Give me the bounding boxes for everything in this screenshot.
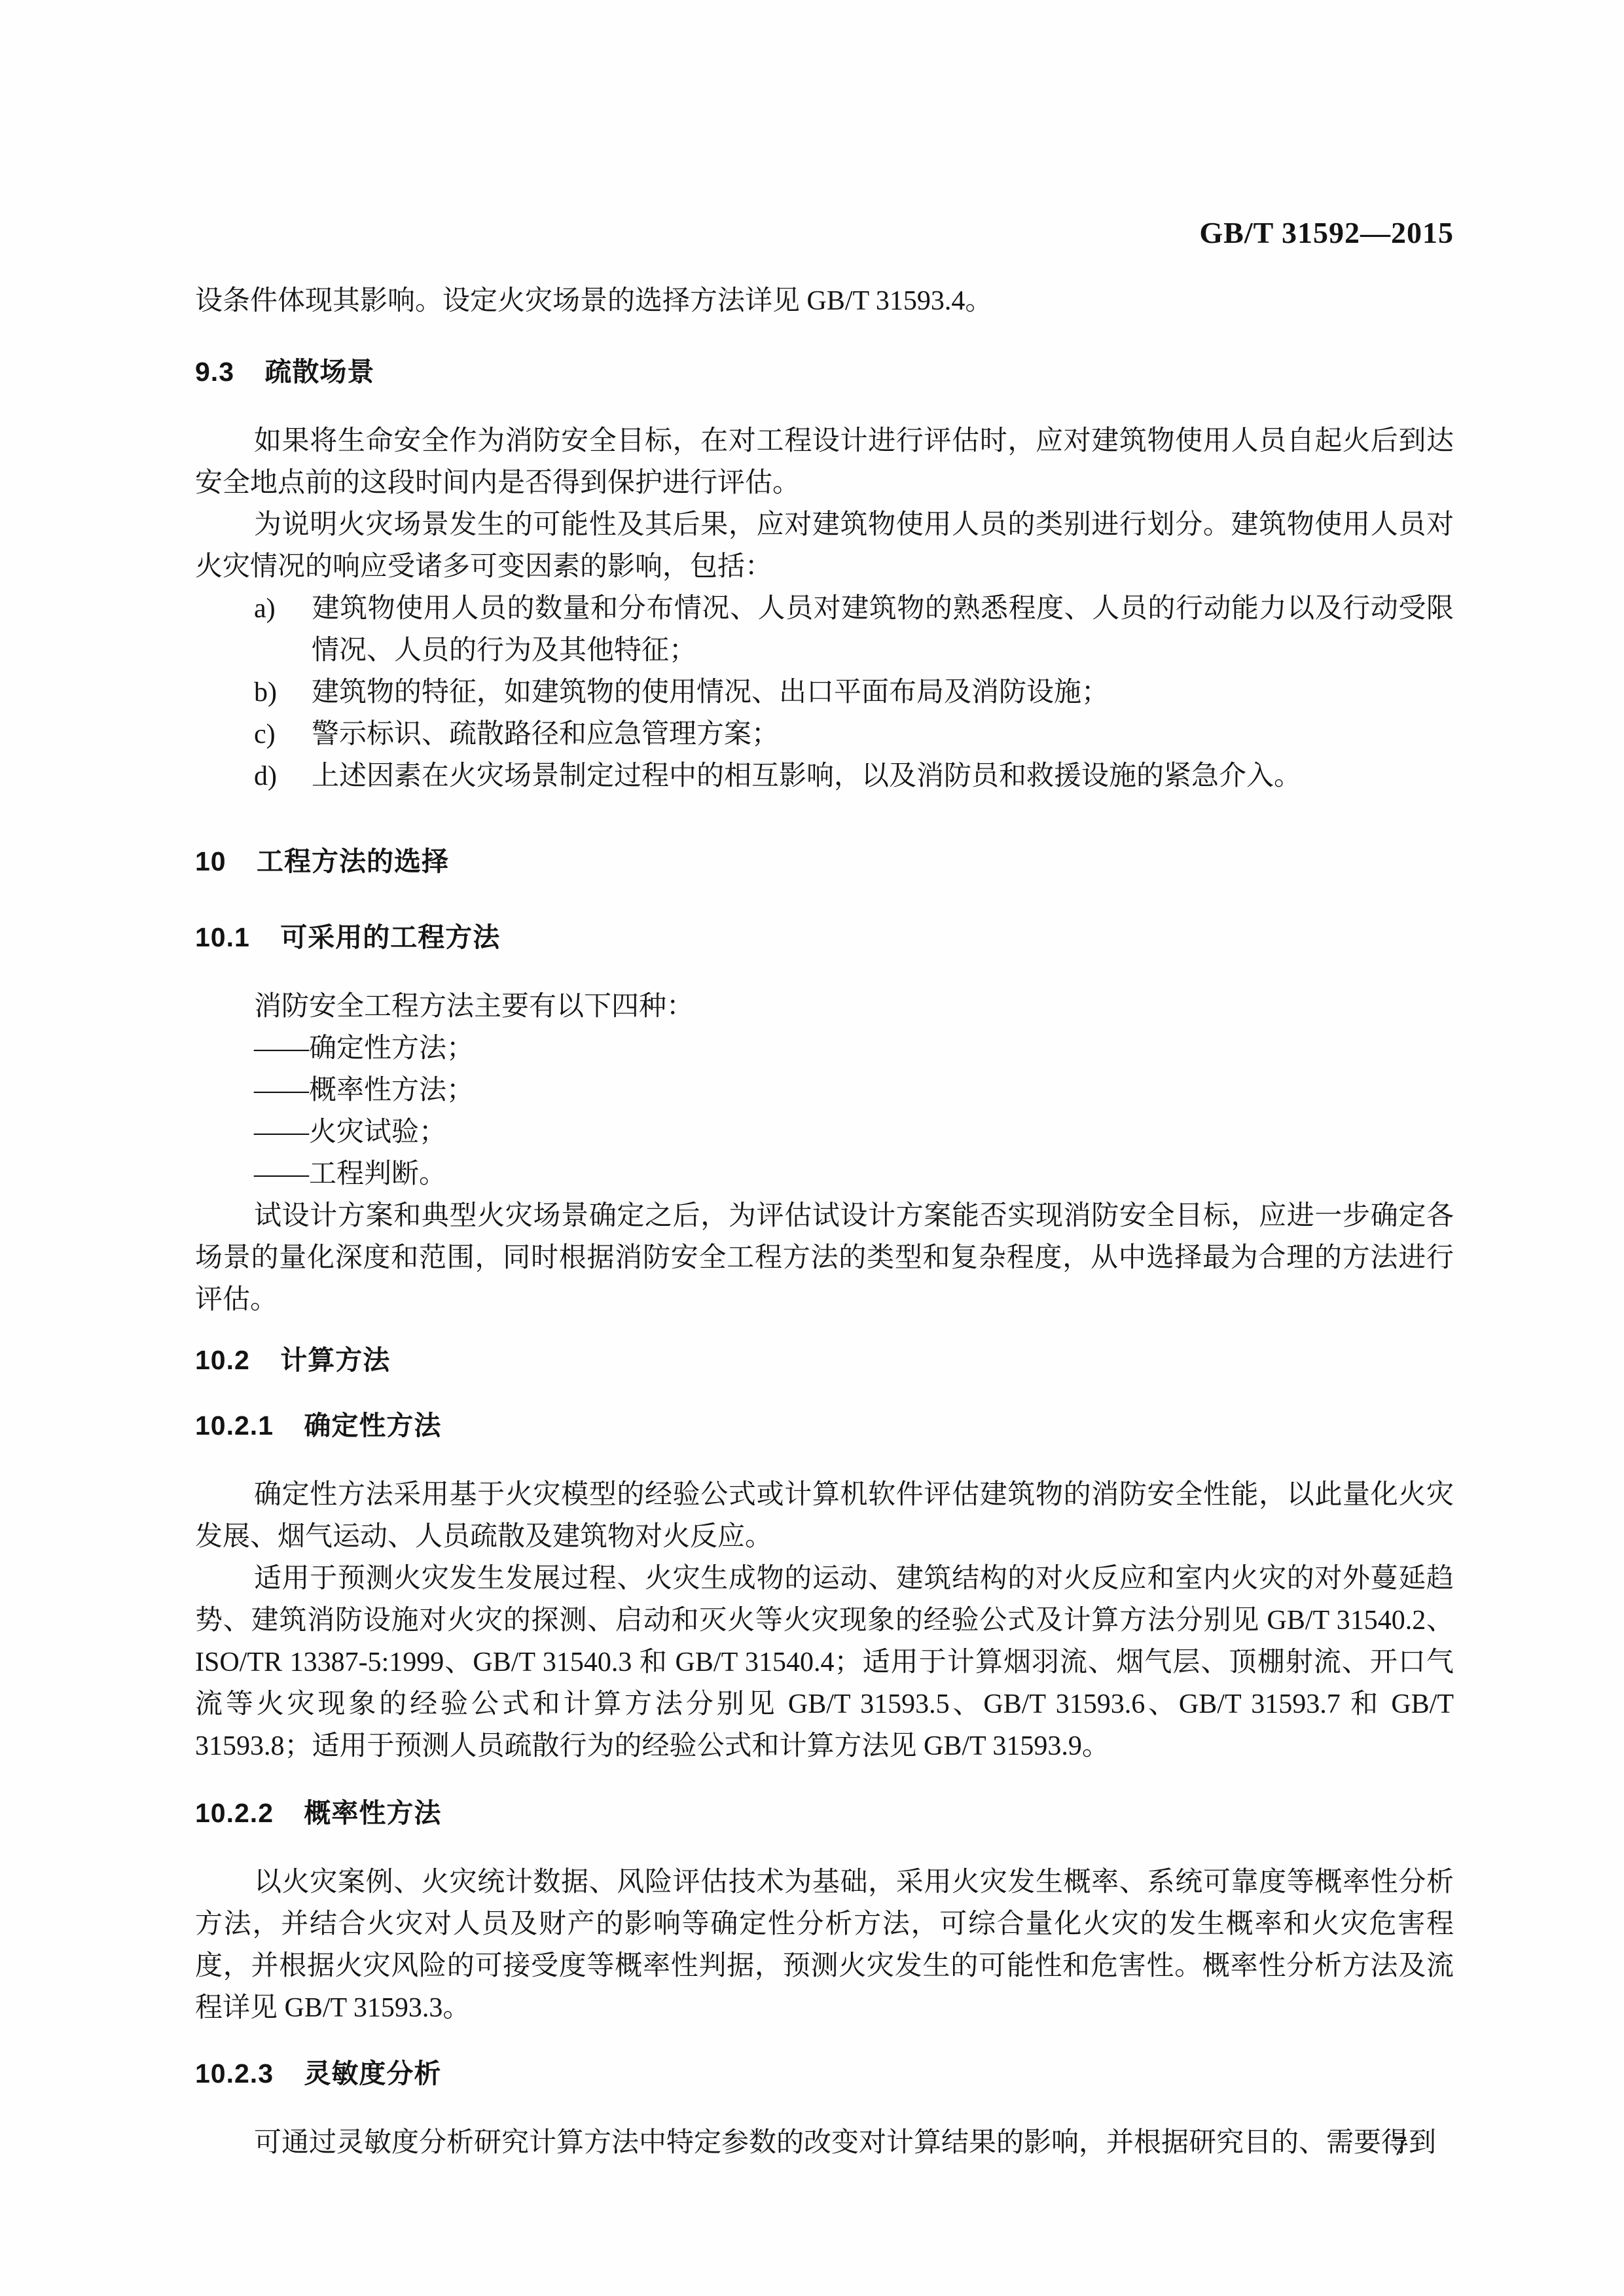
list-item-d: d)上述因素在火灾场景制定过程中的相互影响，以及消防员和救援设施的紧急介入。 <box>195 755 1454 797</box>
paragraph: 消防安全工程方法主要有以下四种： <box>195 986 1454 1028</box>
paragraph: 可通过灵敏度分析研究计算方法中特定参数的改变对计算结果的影响，并根据研究目的、需… <box>195 2122 1454 2164</box>
list-item-b: b)建筑物的特征，如建筑物的使用情况、出口平面布局及消防设施； <box>195 672 1454 713</box>
clause-10-heading: 10 工程方法的选择 <box>195 842 1454 881</box>
page-number: 7 <box>1393 2126 1407 2168</box>
paragraph: 以火灾案例、火灾统计数据、风险评估技术为基础，采用火灾发生概率、系统可靠度等概率… <box>195 1861 1454 2029</box>
item-text: 上述因素在火灾场景制定过程中的相互影响，以及消防员和救援设施的紧急介入。 <box>312 761 1301 791</box>
clause-10-2-heading: 10.2 计算方法 <box>195 1340 1454 1380</box>
method-list: ——确定性方法； ——概率性方法； ——火灾试验； ——工程判断。 <box>195 1028 1454 1195</box>
item-text: 警示标识、疏散路径和应急管理方案； <box>312 719 779 749</box>
lettered-list: a)建筑物使用人员的数量和分布情况、人员对建筑物的熟悉程度、人员的行动能力以及行… <box>195 588 1454 797</box>
clause-title: 计算方法 <box>280 1340 390 1380</box>
clause-9-3-heading: 9.3 疏散场景 <box>195 352 1454 391</box>
clause-number: 10 <box>195 842 226 881</box>
clause-10-2-3-heading: 10.2.3 灵敏度分析 <box>195 2054 1454 2093</box>
clause-10-2-1-heading: 10.2.1 确定性方法 <box>195 1406 1454 1445</box>
paragraph-continuation: 设条件体现其影响。设定火灾场景的选择方法详见 GB/T 31593.4。 <box>195 280 1454 322</box>
clause-number: 10.1 <box>195 918 250 957</box>
paragraph: 确定性方法采用基于火灾模型的经验公式或计算机软件评估建筑物的消防安全性能，以此量… <box>195 1474 1454 1558</box>
method-item: ——火灾试验； <box>195 1111 1454 1153</box>
clause-number: 9.3 <box>195 352 234 391</box>
standard-number-header: GB/T 31592—2015 <box>195 0 1454 251</box>
item-label: a) <box>254 588 312 630</box>
page-content: GB/T 31592—2015 设条件体现其影响。设定火灾场景的选择方法详见 G… <box>0 0 1624 2164</box>
clause-title: 确定性方法 <box>304 1406 441 1445</box>
item-label: b) <box>254 672 312 713</box>
clause-10-1-heading: 10.1 可采用的工程方法 <box>195 918 1454 957</box>
document-page: GB/T 31592—2015 设条件体现其影响。设定火灾场景的选择方法详见 G… <box>0 0 1624 2296</box>
clause-title: 概率性方法 <box>304 1793 441 1833</box>
clause-number: 10.2 <box>195 1340 250 1380</box>
paragraph: 为说明火灾场景发生的可能性及其后果，应对建筑物使用人员的类别进行划分。建筑物使用… <box>195 504 1454 588</box>
clause-number: 10.2.3 <box>195 2054 274 2093</box>
item-label: d) <box>254 755 312 797</box>
clause-title: 工程方法的选择 <box>257 842 449 881</box>
list-item-c: c)警示标识、疏散路径和应急管理方案； <box>195 713 1454 755</box>
paragraph: 适用于预测火灾发生发展过程、火灾生成物的运动、建筑结构的对火反应和室内火灾的对外… <box>195 1558 1454 1767</box>
method-item: ——工程判断。 <box>195 1153 1454 1195</box>
item-text: 建筑物使用人员的数量和分布情况、人员对建筑物的熟悉程度、人员的行动能力以及行动受… <box>312 594 1454 666</box>
list-item-a: a)建筑物使用人员的数量和分布情况、人员对建筑物的熟悉程度、人员的行动能力以及行… <box>195 588 1454 672</box>
clause-10-2-2-heading: 10.2.2 概率性方法 <box>195 1793 1454 1833</box>
clause-title: 疏散场景 <box>264 352 374 391</box>
method-item: ——确定性方法； <box>195 1028 1454 1069</box>
paragraph: 试设计方案和典型火灾场景确定之后，为评估试设计方案能否实现消防安全目标，应进一步… <box>195 1195 1454 1321</box>
clause-number: 10.2.2 <box>195 1793 274 1833</box>
paragraph: 如果将生命安全作为消防安全目标，在对工程设计进行评估时，应对建筑物使用人员自起火… <box>195 420 1454 504</box>
clause-title: 可采用的工程方法 <box>280 918 500 957</box>
item-label: c) <box>254 713 312 755</box>
clause-number: 10.2.1 <box>195 1406 274 1445</box>
item-text: 建筑物的特征，如建筑物的使用情况、出口平面布局及消防设施； <box>312 677 1109 708</box>
clause-title: 灵敏度分析 <box>304 2054 441 2093</box>
method-item: ——概率性方法； <box>195 1069 1454 1111</box>
